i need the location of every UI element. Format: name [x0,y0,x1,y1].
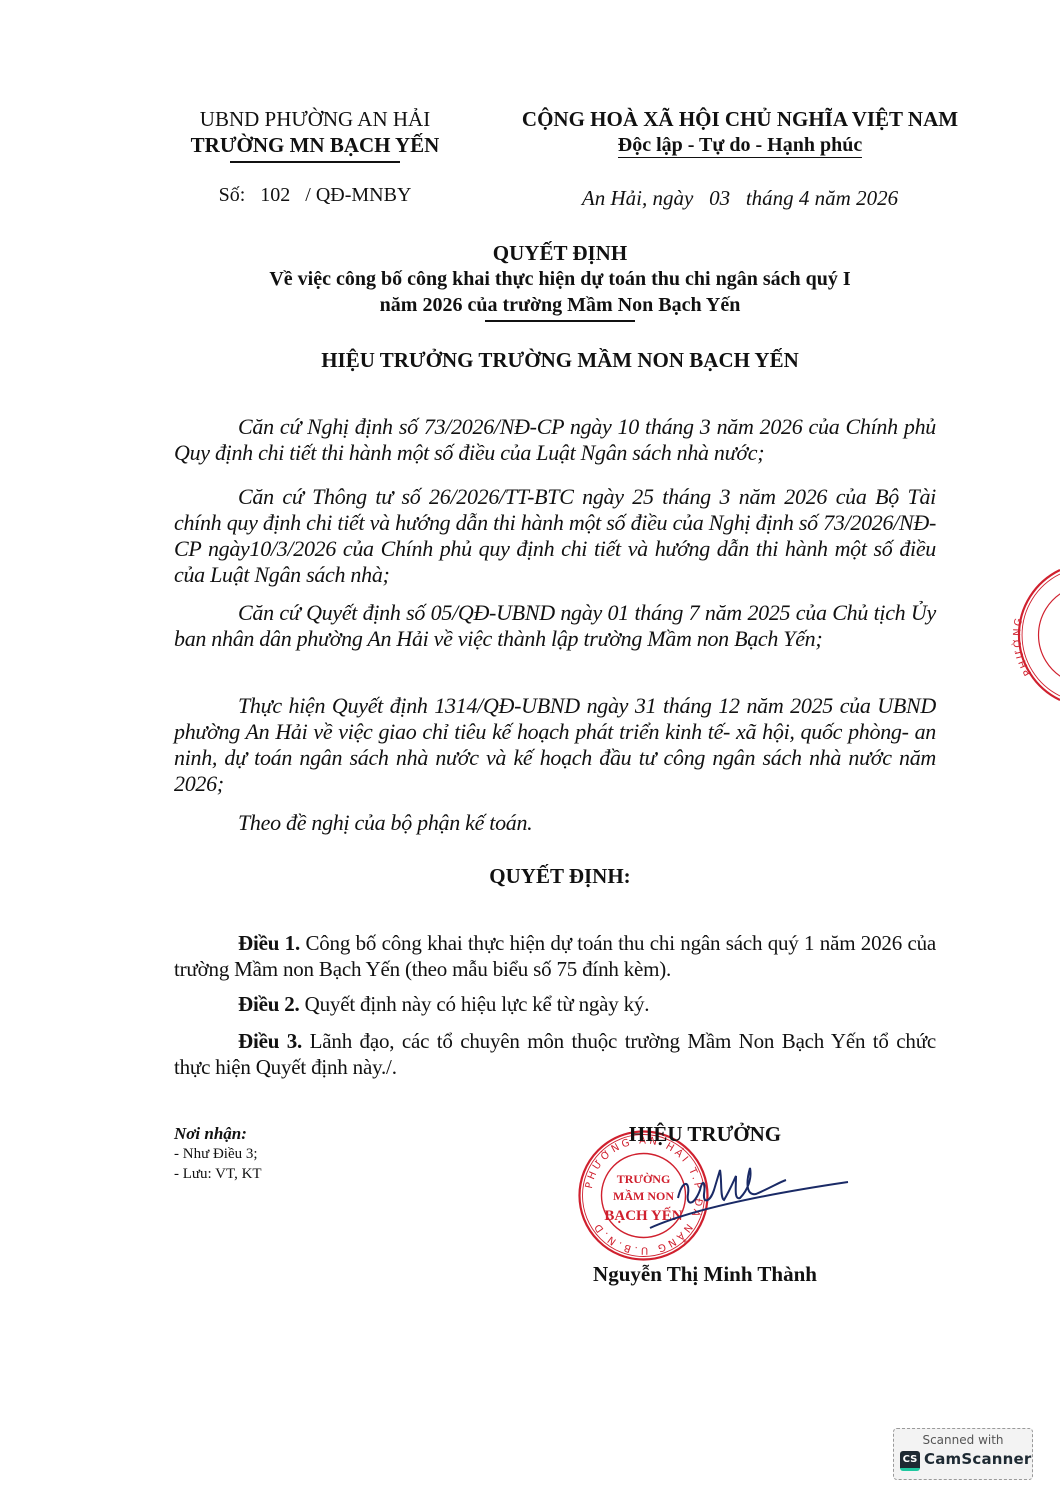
camscanner-watermark: Scanned with CS CamScanner [893,1428,1033,1480]
agency-underline [230,161,400,163]
document-type: QUYẾT ĐỊNH [150,240,970,266]
document-number: Số: 102 / QĐ-MNBY [150,184,480,207]
camscanner-logo-icon: CS [900,1451,920,1471]
svg-text:PHƯỜNG: PHƯỜNG [1010,616,1034,678]
signer-title: HIỆU TRƯỞNG [560,1122,850,1147]
decision-heading: QUYẾT ĐỊNH: [150,864,970,889]
article-label: Điều 3. [238,1029,302,1053]
subject-line-1: Về việc công bố công khai thực hiện dự t… [150,266,970,292]
recipient-item: - Như Điều 3; [174,1144,262,1164]
legal-basis: Thực hiện Quyết định 1314/QĐ-UBND ngày 3… [174,693,936,797]
country-name: CỘNG HOÀ XÃ HỘI CHỦ NGHĨA VIỆT NAM [490,106,990,133]
article: Điều 3. Lãnh đạo, các tổ chuyên môn thuộ… [174,1028,936,1080]
place-date: An Hải, ngày 03 tháng 4 năm 2026 [490,186,990,211]
issuing-agency-block: UBND PHƯỜNG AN HẢI TRƯỜNG MN BẠCH YẾN [150,106,480,163]
subject-line-2: năm 2026 của trường Mầm Non Bạch Yến [150,292,970,318]
recipients-block: Nơi nhận: - Như Điều 3; - Lưu: VT, KT [174,1124,262,1184]
article: Điều 2. Quyết định này có hiệu lực kể từ… [174,991,936,1017]
document-title-block: QUYẾT ĐỊNH Về việc công bố công khai thự… [150,240,970,322]
recipients-heading: Nơi nhận: [174,1124,262,1144]
legal-basis: Theo đề nghị của bộ phận kế toán. [174,810,936,836]
partial-seal-icon: PHƯỜNG [985,560,1060,710]
title-underline [485,320,635,322]
legal-basis: Căn cứ Nghị định số 73/2026/NĐ-CP ngày 1… [174,414,936,466]
issuing-agency: TRƯỜNG MN BẠCH YẾN [150,133,480,158]
parent-agency: UBND PHƯỜNG AN HẢI [150,106,480,133]
watermark-brand: CamScanner [924,1450,1032,1468]
article: Điều 1. Công bố công khai thực hiện dự t… [174,930,936,982]
article-text: Quyết định này có hiệu lực kể từ ngày ký… [300,992,650,1016]
watermark-caption: Scanned with [894,1433,1032,1447]
legal-basis: Căn cứ Quyết định số 05/QĐ-UBND ngày 01 … [174,600,936,652]
national-motto-block: CỘNG HOÀ XÃ HỘI CHỦ NGHĨA VIỆT NAM Độc l… [490,106,990,158]
article-label: Điều 2. [238,992,300,1016]
motto: Độc lập - Tự do - Hạnh phúc [618,134,862,158]
article-label: Điều 1. [238,931,300,955]
issuing-authority: HIỆU TRƯỞNG TRƯỜNG MẦM NON BẠCH YẾN [150,348,970,373]
recipient-item: - Lưu: VT, KT [174,1164,262,1184]
signer-name: Nguyễn Thị Minh Thành [560,1262,850,1287]
legal-basis: Căn cứ Thông tư số 26/2026/TT-BTC ngày 2… [174,484,936,588]
handwritten-signature-icon [590,1150,850,1240]
